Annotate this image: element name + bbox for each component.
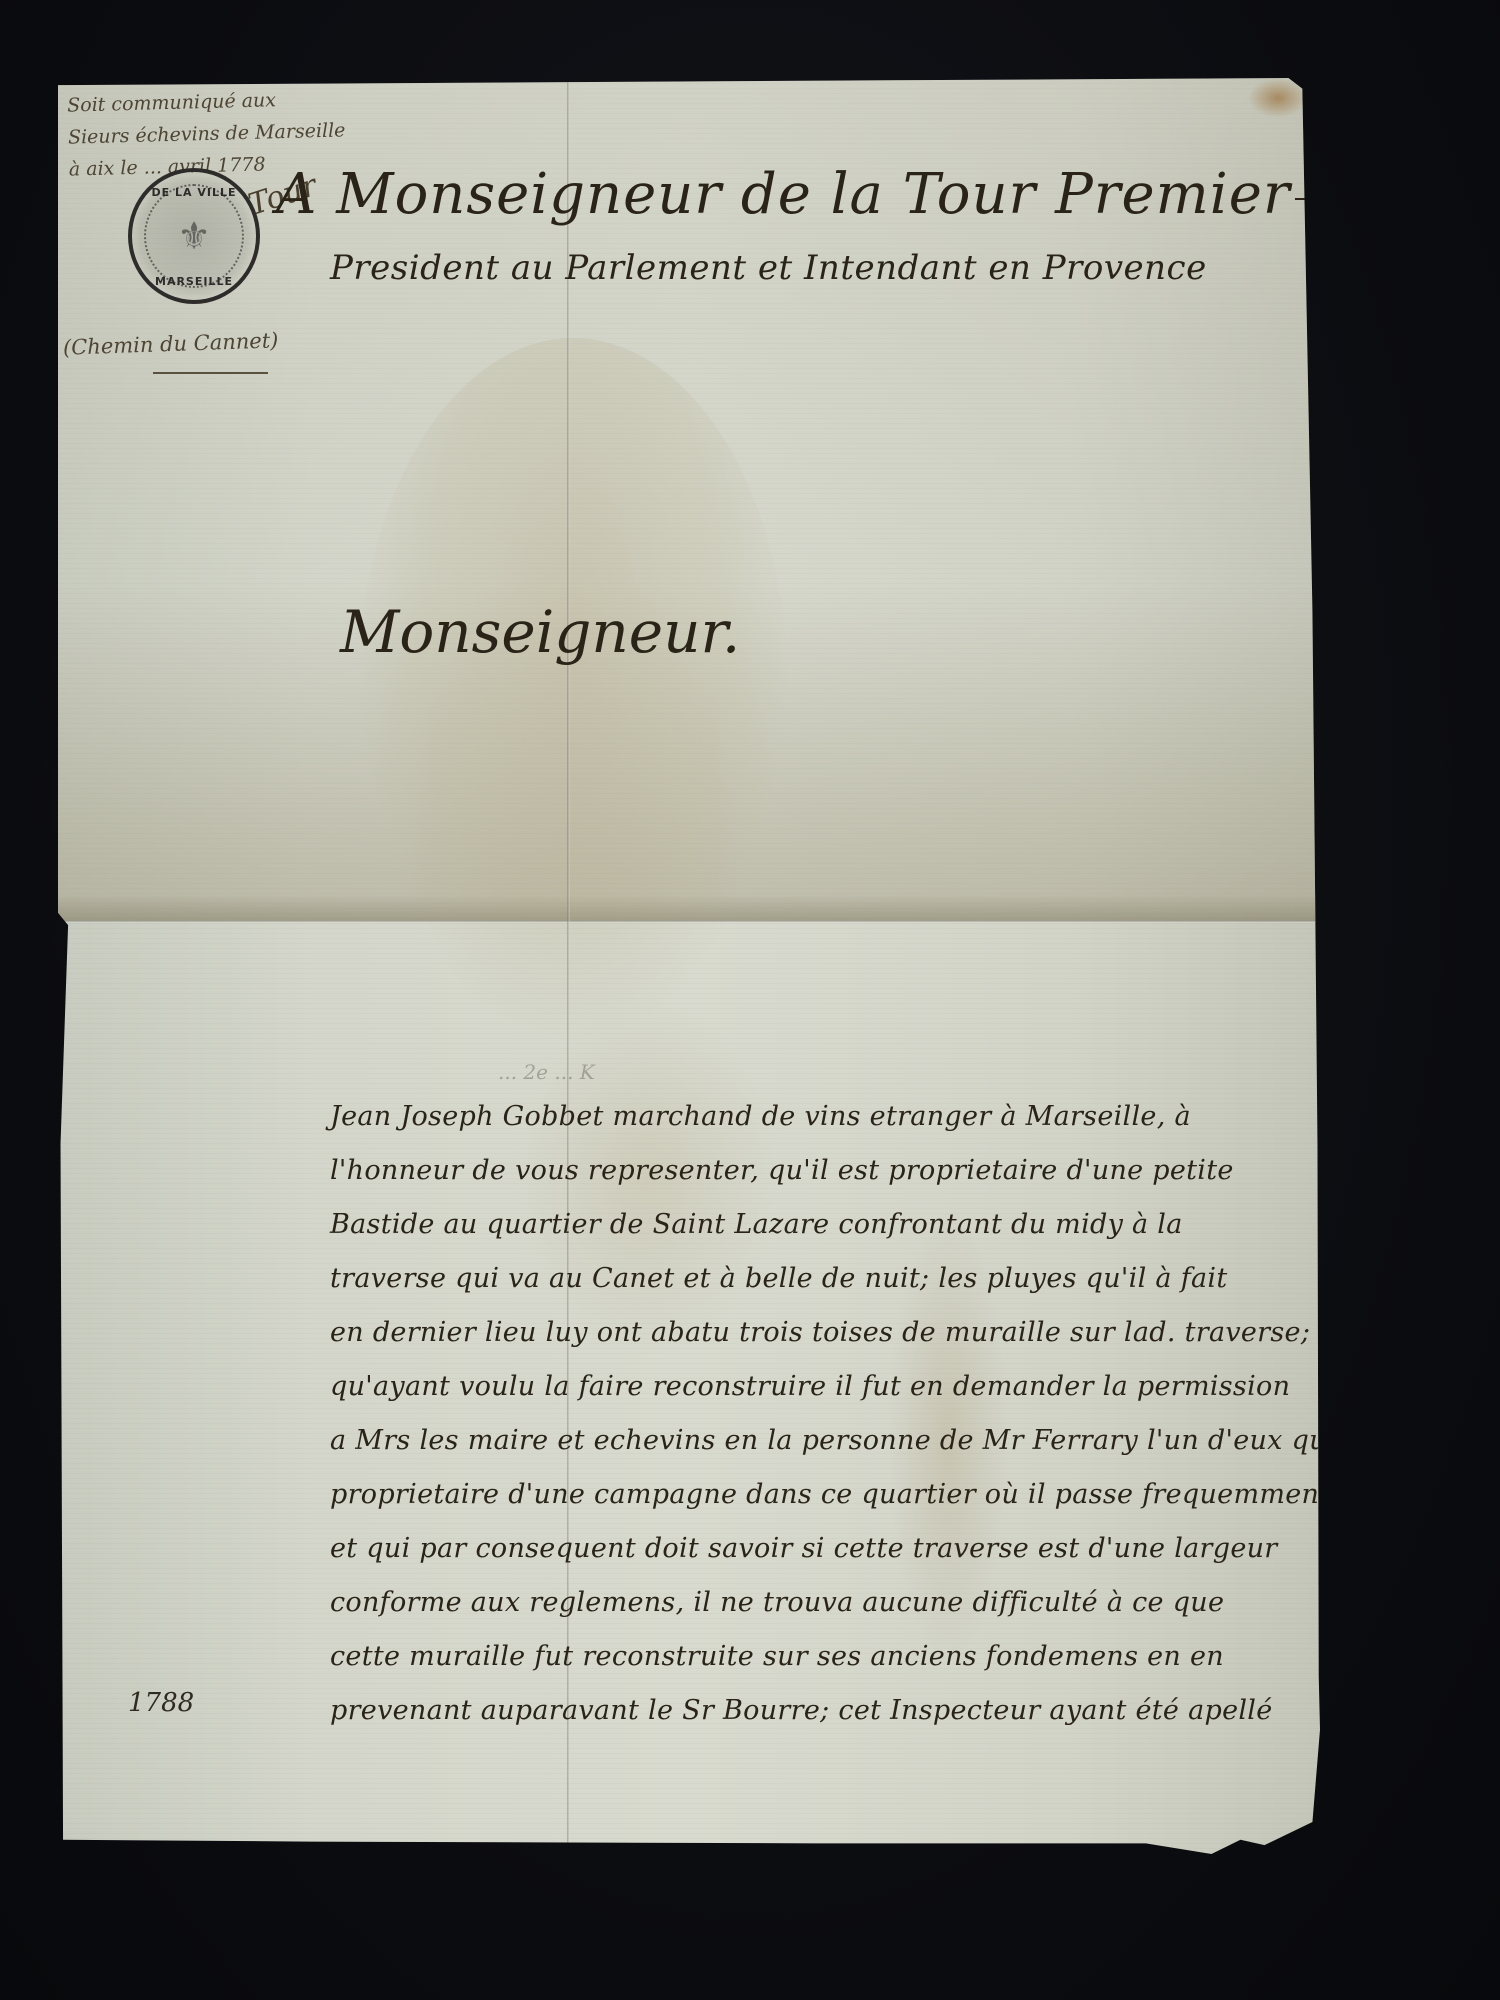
body-line: Jean Joseph Gobbet marchand de vins etra…	[330, 1090, 1330, 1144]
body-line: en dernier lieu luy ont abatu trois tois…	[330, 1306, 1330, 1360]
photo-scene: Soit communiqué aux Sieurs échevins de M…	[0, 0, 1500, 2000]
horizontal-fold-line	[58, 920, 1320, 923]
body-line: proprietaire d'une campagne dans ce quar…	[330, 1468, 1330, 1522]
seal-text-top: DE LA VILLE	[132, 186, 256, 199]
salutation: Monseigneur.	[340, 598, 740, 666]
seal-text-bottom: MARSEILLE	[132, 275, 256, 288]
body-line: conforme aux reglemens, il ne trouva auc…	[330, 1576, 1330, 1630]
petition-body: Jean Joseph Gobbet marchand de vins etra…	[330, 1090, 1330, 1738]
body-line: et qui par consequent doit savoir si cet…	[330, 1522, 1330, 1576]
manuscript-page: Soit communiqué aux Sieurs échevins de M…	[58, 78, 1320, 1854]
address-line-1: A Monseigneur de la Tour Premier	[276, 162, 1325, 227]
year-annotation: 1788	[128, 1688, 194, 1718]
body-line: a Mrs les maire et echevins en la person…	[330, 1414, 1330, 1468]
ink-seal-stamp: DE LA VILLE ⚜ MARSEILLE	[128, 168, 260, 304]
fleur-de-lis-icon: ⚜	[177, 214, 211, 258]
flourish-dash	[1295, 198, 1325, 200]
body-line: qu'ayant voulu la faire reconstruire il …	[330, 1360, 1330, 1414]
body-line: cette muraille fut reconstruite sur ses …	[330, 1630, 1330, 1684]
address-line-1-text: A Monseigneur de la Tour Premier	[276, 162, 1291, 227]
faint-pencil-note: ... 2e ... K	[498, 1060, 595, 1084]
file-label-underline	[153, 372, 268, 374]
body-line: prevenant auparavant le Sr Bourre; cet I…	[330, 1684, 1330, 1738]
body-line: traverse qui va au Canet et à belle de n…	[330, 1252, 1330, 1306]
body-line: Bastide au quartier de Saint Lazare conf…	[330, 1198, 1330, 1252]
body-line: l'honneur de vous representer, qu'il est…	[330, 1144, 1330, 1198]
address-line-2: President au Parlement et Intendant en P…	[330, 248, 1207, 288]
